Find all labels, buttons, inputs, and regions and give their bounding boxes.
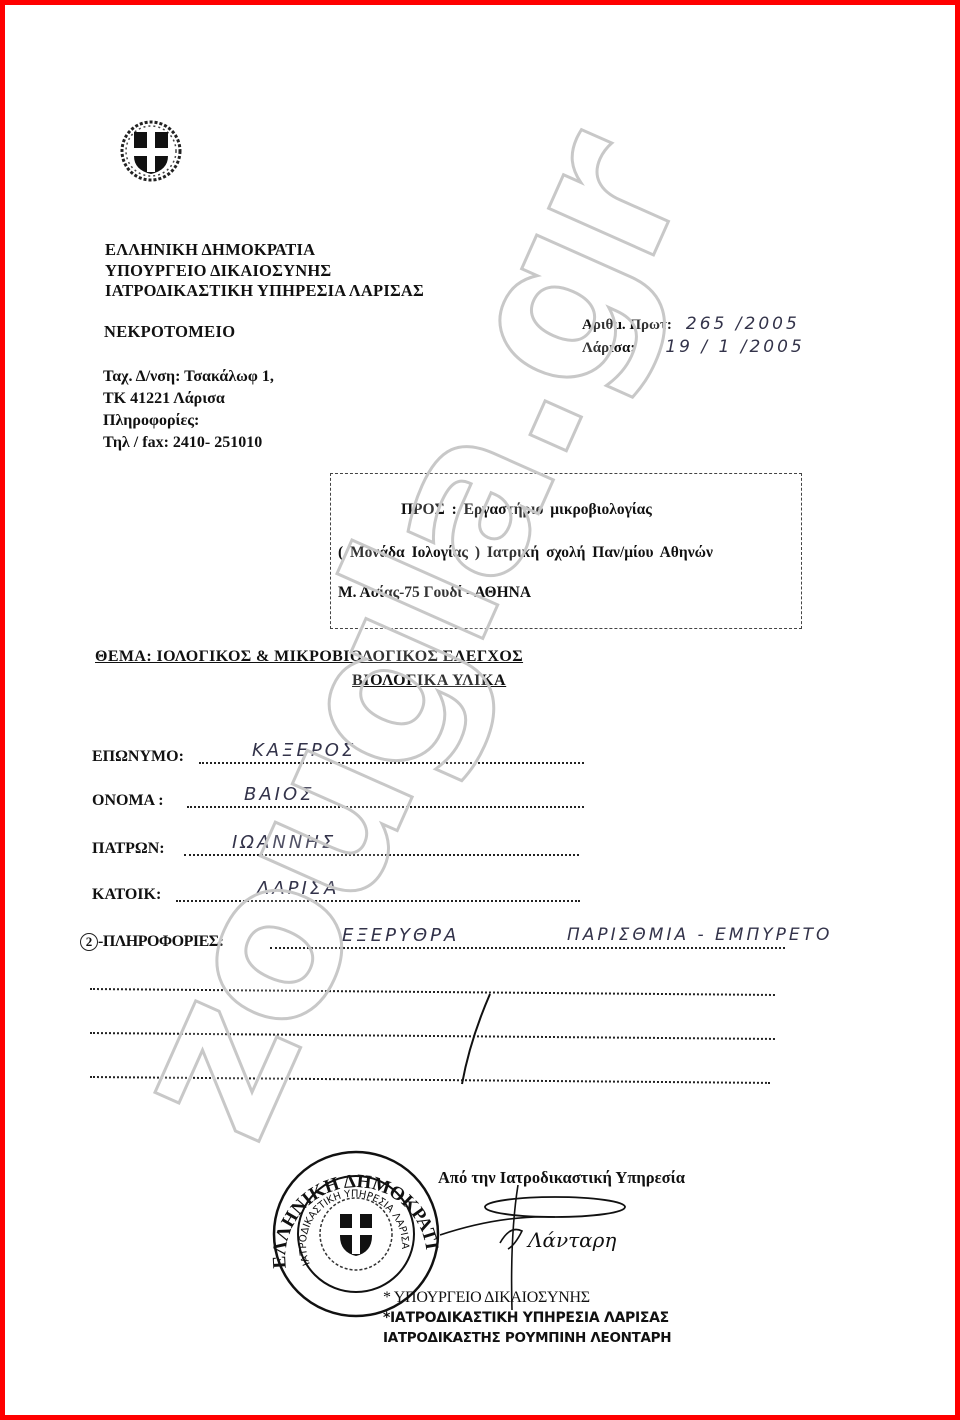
header-line-ministry: ΥΠΟΥΡΓΕΙΟ ΔΙΚΑΙΟΣΥΝΗΣ: [105, 261, 424, 282]
field-info: 2-ΠΛΗΡΟΦΟΡΙΕΣ: ΕΞΕΡΥΘΡΑ ΠΑΡΙΣΘΜΙΑ - ΕΜΠΥ…: [80, 933, 224, 951]
field-father-label: ΠΑΤΡΩΝ:: [92, 840, 165, 858]
protocol-date-label: Λάρισα:: [582, 340, 635, 356]
stamp-line-ministry: * ΥΠΟΥΡΓΕΙΟ ΔΙΚΑΙΟΣΥΝΗΣ: [383, 1288, 671, 1308]
field-residence-label: ΚΑΤΟΙΚ:: [92, 886, 161, 904]
field-surname-label: ΕΠΩΝΥΜΟ:: [92, 748, 184, 766]
field-residence-dotline: [176, 900, 580, 902]
address-phone: Τηλ / fax: 2410- 251010: [103, 432, 274, 454]
address-block: Ταχ. Δ/νση: Τσακάλωφ 1, ΤΚ 41221 Λάρισα …: [103, 366, 274, 454]
address-street: Ταχ. Δ/νση: Τσακάλωφ 1,: [103, 366, 274, 388]
department-name: ΝΕΚΡΟΤΟΜΕΙΟ: [104, 322, 235, 342]
stamp-line-service: *ΙΑΤΡΟΔΙΚΑΣΤΙΚΗ ΥΠΗΡΕΣΙΑ ΛΑΡΙΣΑΣ: [383, 1308, 671, 1328]
field-info-number-circle: 2: [80, 933, 98, 951]
strike-line-mark: [450, 990, 500, 1090]
extra-info-dotline-3: [90, 1076, 770, 1084]
signature-handwritten-name: Λάνταρη: [526, 1228, 616, 1252]
field-info-label: -ΠΛΗΡΟΦΟΡΙΕΣ:: [98, 933, 224, 951]
recipient-line-3: Μ. Ασίας-75 Γουδί - ΑΘΗΝΑ: [338, 584, 531, 602]
field-surname-dotline: [199, 762, 584, 764]
rectangular-stamp-text: * ΥΠΟΥΡΓΕΙΟ ΔΙΚΑΙΟΣΥΝΗΣ *ΙΑΤΡΟΔΙΚΑΣΤΙΚΗ …: [383, 1288, 671, 1348]
recipient-line-2: ( Μονάδα Ιολογίας ) Ιατρική σχολή Παν/μί…: [338, 544, 713, 562]
subject-line-2: ΒΙΟΛΟΓΙΚΑ ΥΛΙΚΑ: [352, 672, 506, 690]
field-residence: ΚΑΤΟΙΚ: ΛΑΡΙΣΑ: [92, 886, 161, 904]
field-surname: ΕΠΩΝΥΜΟ: ΚΑΞΕΡΟΣ: [92, 748, 184, 766]
subject-line: ΘΕΜΑ: ΙΟΛΟΓΙΚΟΣ & ΜΙΚΡΟΒΙΟΛΟΓΙΚΟΣ ΕΛΕΓΧΟ…: [95, 648, 523, 666]
field-info-dotline: [270, 947, 785, 949]
protocol-number-label: Αριθμ. Πρωτ:: [582, 317, 672, 333]
field-name-value: ΒΑΙΟΣ: [244, 784, 315, 805]
field-name-label: ΟΝΟΜΑ :: [92, 792, 164, 810]
issuer-header: ΕΛΛΗΝΙΚΗ ΔΗΜΟΚΡΑΤΙΑ ΥΠΟΥΡΓΕΙΟ ΔΙΚΑΙΟΣΥΝΗ…: [105, 240, 424, 302]
header-line-republic: ΕΛΛΗΝΙΚΗ ΔΗΜΟΚΡΑΤΙΑ: [105, 240, 424, 261]
stamp-line-examiner: ΙΑΤΡΟΔΙΚΑΣΤΗΣ ΡΟΥΜΠΙΝΗ ΛΕΟΝΤΑΡΗ: [383, 1328, 671, 1348]
field-father-dotline: [184, 854, 579, 856]
extra-info-dotline-2: [90, 1032, 775, 1040]
protocol-block: Αριθμ. Πρωτ:265 /2005 Λάρισα:19 / 1 /200…: [582, 313, 805, 359]
field-name-dotline: [187, 806, 584, 808]
address-postcode: ΤΚ 41221 Λάρισα: [103, 388, 274, 410]
protocol-number-value: 265 /2005: [686, 314, 800, 334]
recipient-box: ΠΡΟΣ : Εργαστήριο μικροβιολογίας ( Μονάδ…: [330, 473, 802, 629]
extra-info-dotline-1: [90, 988, 775, 996]
recipient-line-1: ΠΡΟΣ : Εργαστήριο μικροβιολογίας: [401, 501, 652, 519]
greek-coat-of-arms-icon: [118, 118, 184, 184]
field-father: ΠΑΤΡΩΝ: ΙΩΑΝΝΗΣ: [92, 840, 165, 858]
field-surname-value: ΚΑΞΕΡΟΣ: [252, 740, 356, 761]
protocol-date-value: 19 / 1 /2005: [665, 337, 804, 357]
subject-text: ΘΕΜΑ: ΙΟΛΟΓΙΚΟΣ & ΜΙΚΡΟΒΙΟΛΟΓΙΚΟΣ ΕΛΕΓΧΟ…: [95, 648, 523, 665]
field-info-value-1: ΕΞΕΡΥΘΡΑ: [342, 925, 459, 946]
field-father-value: ΙΩΑΝΝΗΣ: [232, 832, 336, 853]
field-residence-value: ΛΑΡΙΣΑ: [257, 878, 339, 899]
header-line-service: ΙΑΤΡΟΔΙΚΑΣΤΙΚΗ ΥΠΗΡΕΣΙΑ ΛΑΡΙΣΑΣ: [105, 281, 424, 302]
address-info: Πληροφορίες:: [103, 410, 274, 432]
field-info-value-2: ΠΑΡΙΣΘΜΙΑ - ΕΜΠΥΡΕΤΟ: [567, 925, 832, 945]
field-name: ΟΝΟΜΑ : ΒΑΙΟΣ: [92, 792, 164, 810]
